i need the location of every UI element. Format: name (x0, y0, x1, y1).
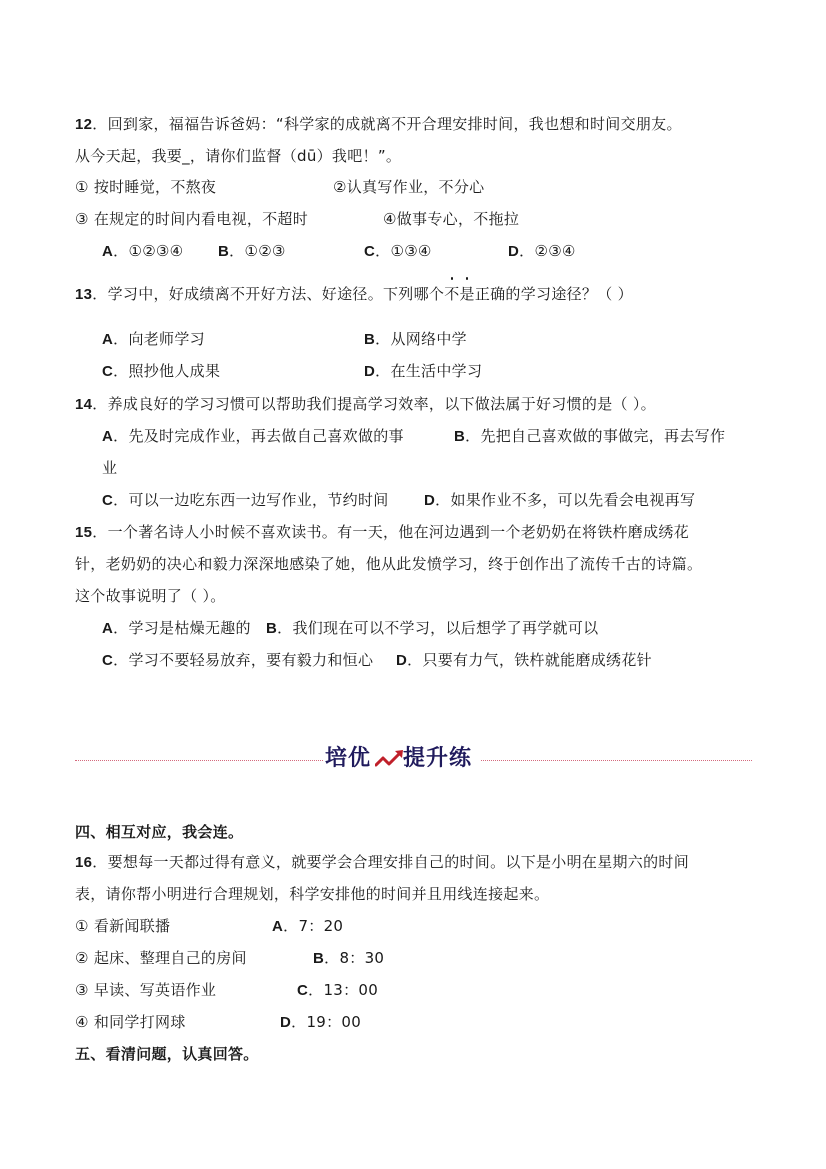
time-text: ．19：00 (291, 1013, 361, 1031)
question-text: ．一个著名诗人小时候不喜欢读书。有一天，他在河边遇到一个老奶奶在将铁杵磨成绣花 (92, 523, 689, 541)
q13-option-b[interactable]: B．从网络中学 (364, 329, 467, 350)
q16-time-b[interactable]: B．8：30 (313, 948, 384, 969)
option-letter: A (102, 331, 113, 348)
question-number: 16 (75, 854, 92, 871)
banner-title-left: 培优 (325, 744, 371, 774)
q12-item-1: ① 按时睡觉，不熬夜 (75, 177, 216, 197)
emphasis-text: 不 (444, 284, 459, 304)
q14-option-b-continued: 业 (102, 458, 117, 478)
q14-stem: 14．养成良好的学习习惯可以帮助我们提高学习效率，以下做法属于好习惯的是（ ）。 (75, 394, 656, 415)
option-text: ．在生活中学习 (375, 362, 482, 380)
option-text: ．①③④ (375, 242, 432, 260)
question-number: 15 (75, 524, 92, 541)
q12-stem-line1: 12．回到家，福福告诉爸妈：“科学家的成就离不开合理安排时间，我也想和时间交朋友… (75, 114, 682, 135)
q12-option-a[interactable]: A．①②③④ (102, 241, 183, 262)
option-text: ．①②③④ (113, 242, 183, 260)
option-text: ．从网络中学 (375, 330, 467, 348)
q12-option-b[interactable]: B．①②③ (218, 241, 286, 262)
q16-activity-4[interactable]: ④ 和同学打网球 (75, 1012, 186, 1032)
option-text: ．先及时完成作业，再去做自己喜欢做的事 (113, 427, 404, 445)
option-text: ．先把自己喜欢做的事做完，再去写作 (465, 427, 725, 445)
section-banner: 培优 提升练 (75, 742, 752, 778)
q16-activity-2[interactable]: ② 起床、整理自己的房间 (75, 948, 247, 968)
option-letter: A (102, 620, 113, 637)
q12-item-2: ②认真写作业，不分心 (333, 177, 484, 197)
q16-stem-line1: 16．要想每一天都过得有意义，就要学会合理安排自己的时间。以下是小明在星期六的时… (75, 852, 689, 873)
option-text: ．照抄他人成果 (113, 362, 220, 380)
option-letter: B (218, 243, 229, 260)
q12-item-3: ③ 在规定的时间内看电视，不超时 (75, 209, 308, 229)
q14-option-d[interactable]: D．如果作业不多，可以先看会电视再写 (424, 490, 695, 511)
q15-option-a[interactable]: A．学习是枯燥无趣的 (102, 618, 251, 639)
option-letter: C (102, 363, 113, 380)
option-letter: C (297, 982, 308, 999)
option-text: ．①②③ (229, 242, 286, 260)
q15-stem-line1: 15．一个著名诗人小时候不喜欢读书。有一天，他在河边遇到一个老奶奶在将铁杵磨成绣… (75, 522, 689, 543)
q13-option-a[interactable]: A．向老师学习 (102, 329, 205, 350)
option-text: ．我们现在可以不学习，以后想学了再学就可以 (277, 619, 598, 637)
q16-stem-line2: 表，请你帮小明进行合理规划，科学安排他的时间并且用线连接起来。 (75, 884, 549, 904)
option-letter: B (266, 620, 277, 637)
question-number: 12 (75, 116, 92, 133)
option-letter: B (364, 331, 375, 348)
option-letter: C (102, 492, 113, 509)
option-letter: D (396, 652, 407, 669)
q15-option-b[interactable]: B．我们现在可以不学习，以后想学了再学就可以 (266, 618, 598, 639)
option-letter: C (364, 243, 375, 260)
dotted-divider-left (75, 760, 323, 761)
option-text: ．学习不要轻易放弃，要有毅力和恒心 (113, 651, 373, 669)
option-text: ．只要有力气，铁杵就能磨成绣花针 (407, 651, 652, 669)
option-text: ．学习是枯燥无趣的 (113, 619, 251, 637)
q16-activity-3[interactable]: ③ 早读、写英语作业 (75, 980, 216, 1000)
q12-option-d[interactable]: D．②③④ (508, 241, 576, 262)
option-text: ．②③④ (519, 242, 576, 260)
option-letter: D (424, 492, 435, 509)
option-letter: C (102, 652, 113, 669)
time-text: ．13：00 (308, 981, 378, 999)
option-letter: B (454, 428, 465, 445)
option-text: ．可以一边吃东西一边写作业，节约时间 (113, 491, 388, 509)
option-letter: D (364, 363, 375, 380)
option-letter: D (508, 243, 519, 260)
q15-option-c[interactable]: C．学习不要轻易放弃，要有毅力和恒心 (102, 650, 373, 671)
q12-option-c[interactable]: C．①③④ (364, 241, 432, 262)
q13-option-d[interactable]: D．在生活中学习 (364, 361, 482, 382)
banner-title-right: 提升练 (403, 744, 472, 774)
q13-stem: 13．学习中，好成绩离不开好方法、好途径。下列哪个不是正确的学习途径？（ ） (75, 284, 633, 305)
option-letter: B (313, 950, 324, 967)
dotted-divider-right (481, 760, 752, 761)
q15-stem-line3: 这个故事说明了（ ）。 (75, 586, 226, 606)
q12-item-4: ④做事专心，不拖拉 (383, 209, 519, 229)
q16-time-a[interactable]: A．7：20 (272, 916, 343, 937)
emphasis-text: 是 (460, 284, 475, 304)
option-text: ．向老师学习 (113, 330, 205, 348)
question-number: 13 (75, 286, 92, 303)
q16-time-c[interactable]: C．13：00 (297, 980, 378, 1001)
trend-up-arrow-icon (375, 748, 405, 770)
q16-activity-1[interactable]: ① 看新闻联播 (75, 916, 170, 936)
q16-time-d[interactable]: D．19：00 (280, 1012, 361, 1033)
time-text: ．8：30 (324, 949, 384, 967)
q13-option-c[interactable]: C．照抄他人成果 (102, 361, 220, 382)
question-text: 正确的学习途径？（ ） (475, 285, 633, 303)
q14-option-a[interactable]: A．先及时完成作业，再去做自己喜欢做的事 (102, 426, 404, 447)
question-number: 14 (75, 396, 92, 413)
time-text: ．7：20 (283, 917, 343, 935)
q12-stem-line2: 从今天起，我要_，请你们监督（dū）我吧！”。 (75, 146, 401, 166)
section-5-heading: 五、看清问题，认真回答。 (75, 1044, 259, 1064)
question-text: ．养成良好的学习习惯可以帮助我们提高学习效率，以下做法属于好习惯的是（ ）。 (92, 395, 656, 413)
section-4-heading: 四、相互对应，我会连。 (75, 822, 243, 842)
question-text: ．要想每一天都过得有意义，就要学会合理安排自己的时间。以下是小明在星期六的时间 (92, 853, 689, 871)
question-text: ．回到家，福福告诉爸妈：“科学家的成就离不开合理安排时间，我也想和时间交朋友。 (92, 115, 681, 133)
q14-option-c[interactable]: C．可以一边吃东西一边写作业，节约时间 (102, 490, 389, 511)
option-text: ．如果作业不多，可以先看会电视再写 (435, 491, 695, 509)
document-page: 12．回到家，福福告诉爸妈：“科学家的成就离不开合理安排时间，我也想和时间交朋友… (0, 0, 826, 1169)
q15-option-d[interactable]: D．只要有力气，铁杵就能磨成绣花针 (396, 650, 652, 671)
q15-stem-line2: 针，老奶奶的决心和毅力深深地感染了她，他从此发愤学习，终于创作出了流传千古的诗篇… (75, 554, 702, 574)
question-text: ．学习中，好成绩离不开好方法、好途径。下列哪个 (92, 285, 444, 303)
option-letter: A (272, 918, 283, 935)
q14-option-b[interactable]: B．先把自己喜欢做的事做完，再去写作 (454, 426, 725, 447)
option-letter: A (102, 428, 113, 445)
option-letter: A (102, 243, 113, 260)
option-letter: D (280, 1014, 291, 1031)
